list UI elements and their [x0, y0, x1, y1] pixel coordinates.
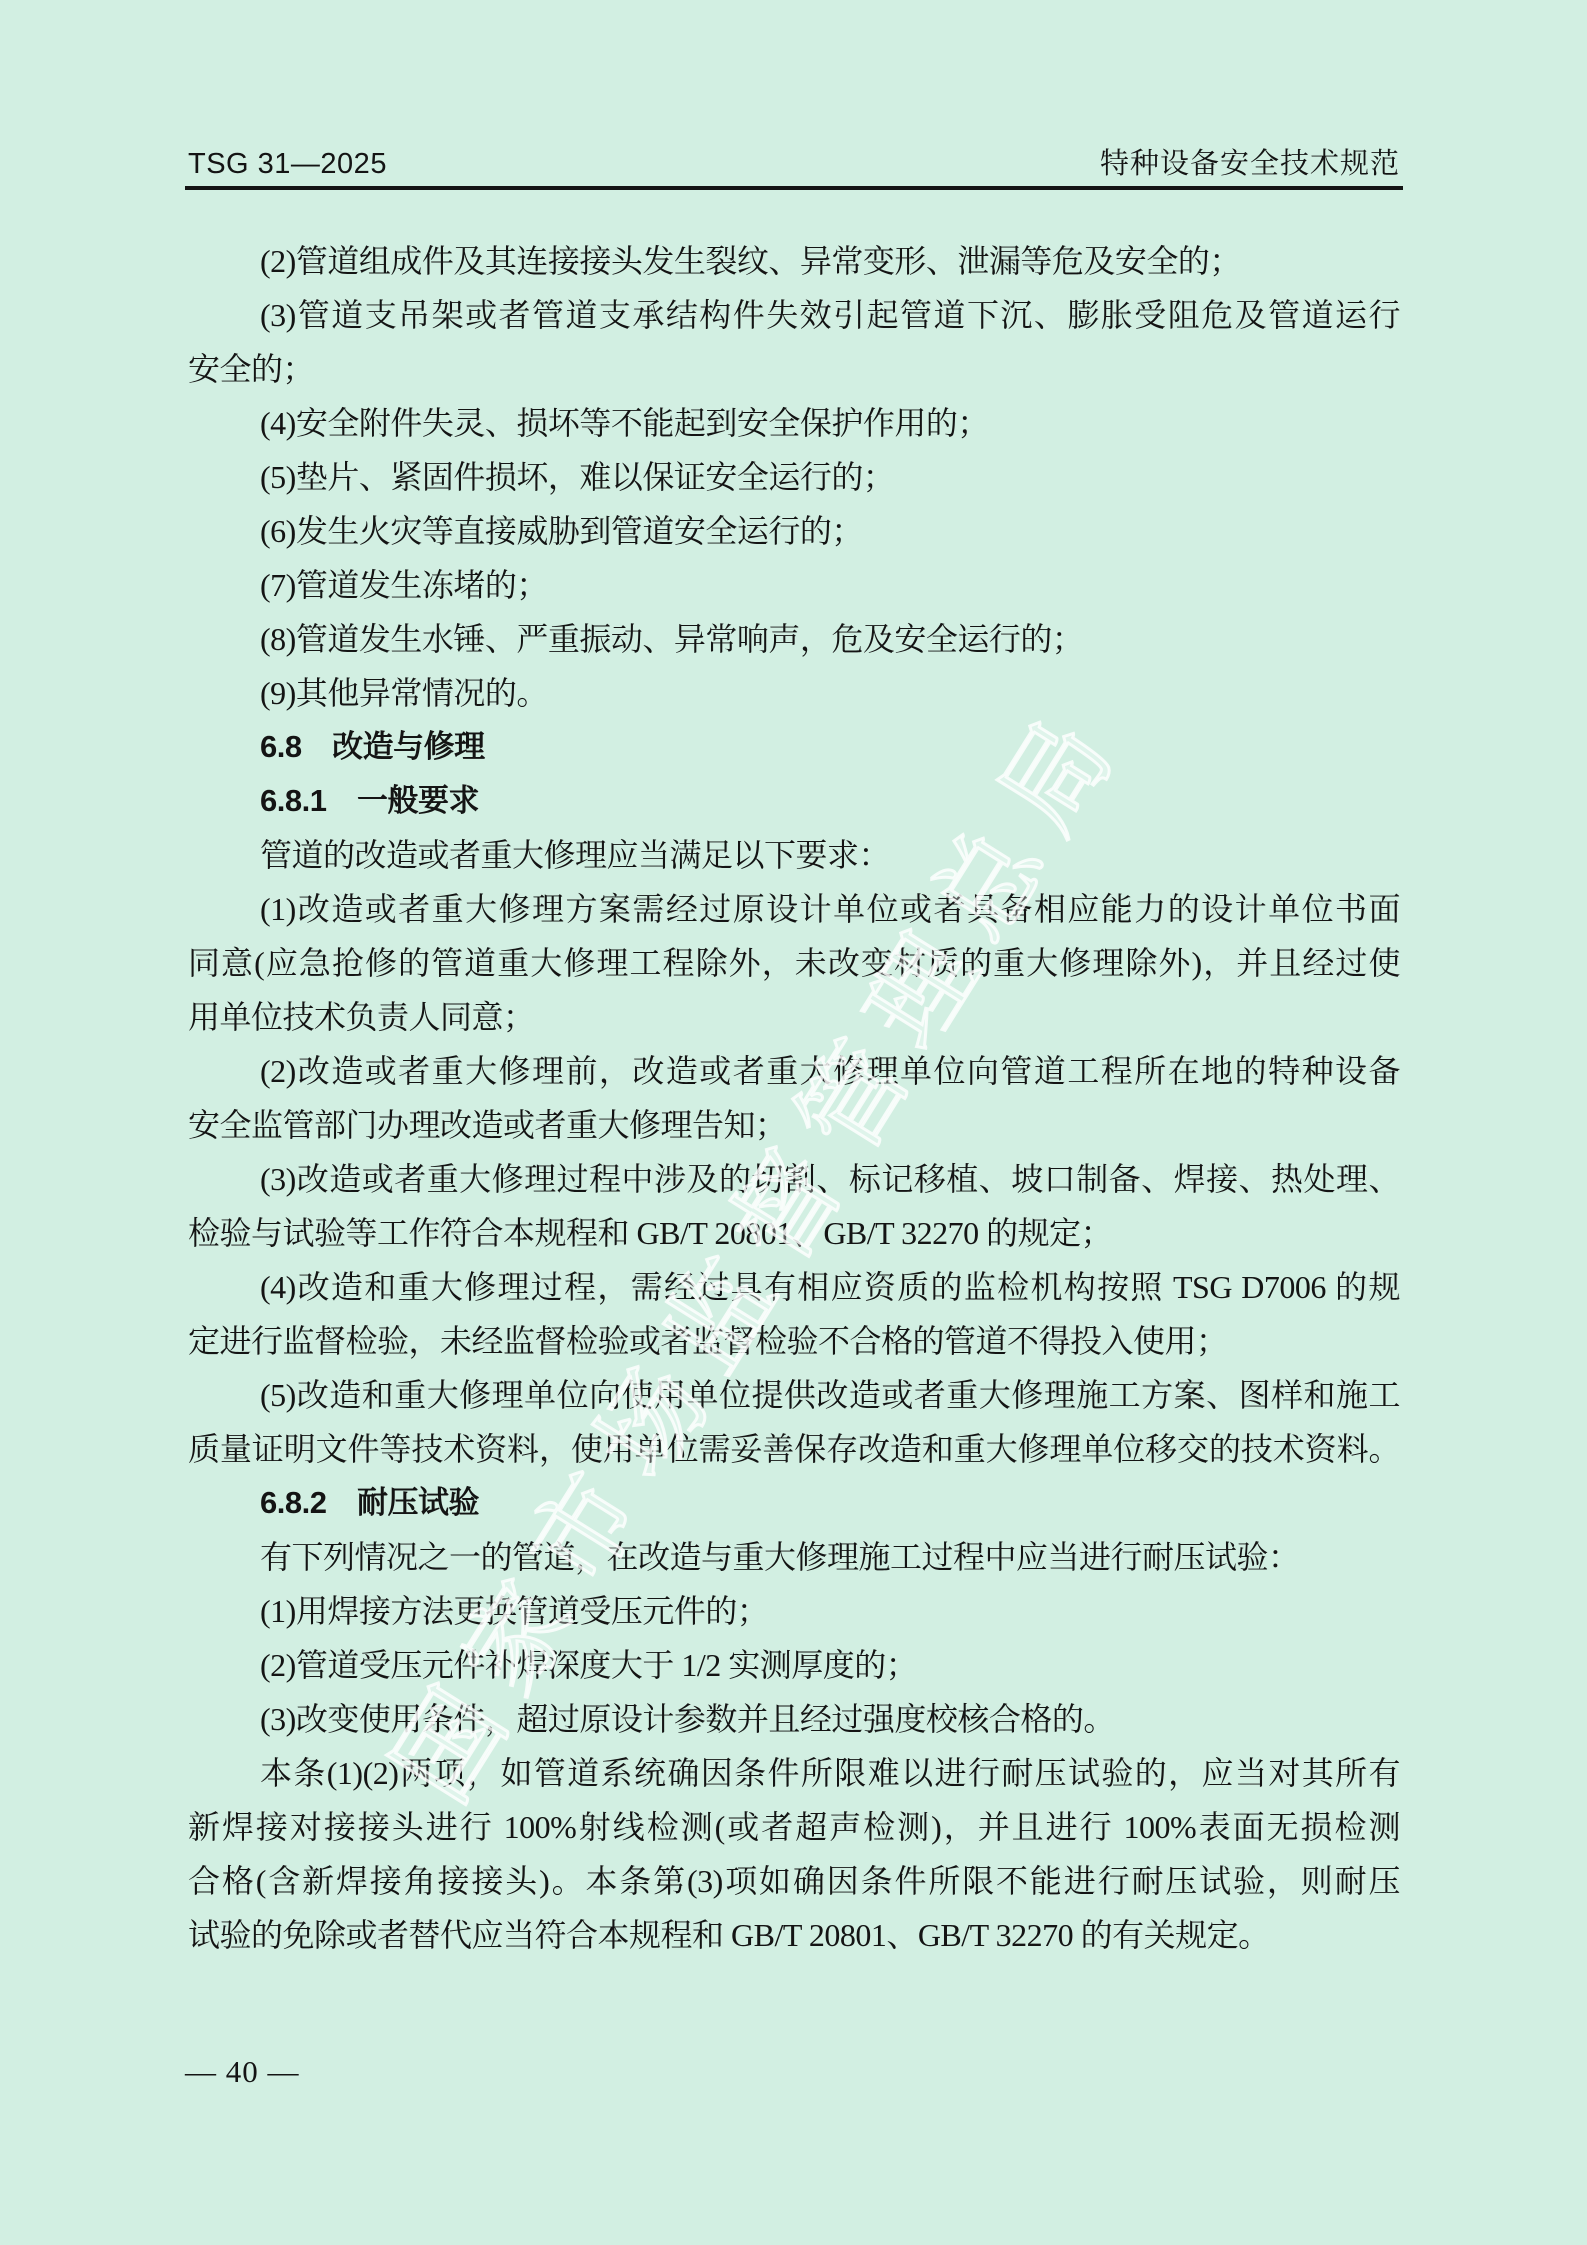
page-number: — 40 —: [185, 2052, 300, 2092]
text-line: (7)管道发生冻堵的；: [188, 558, 1400, 612]
text-line: (4)改造和重大修理过程，需经过具有相应资质的监检机构按照 TSG D7006 …: [188, 1260, 1400, 1314]
section-heading: 6.8.2 耐压试验: [188, 1476, 1400, 1530]
section-heading: 6.8.1 一般要求: [188, 774, 1400, 828]
document-body: (2)管道组成件及其连接接头发生裂纹、异常变形、泄漏等危及安全的；(3)管道支吊…: [0, 0, 1587, 2245]
text-line: 合格(含新焊接角接接头)。本条第(3)项如确因条件所限不能进行耐压试验，则耐压: [188, 1854, 1400, 1908]
text-line: (2)改造或者重大修理前，改造或者重大修理单位向管道工程所在地的特种设备: [188, 1044, 1400, 1098]
text-line: 安全监管部门办理改造或者重大修理告知；: [188, 1098, 1400, 1152]
text-line: (2)管道受压元件补焊深度大于 1/2 实测厚度的；: [188, 1638, 1400, 1692]
text-line: 管道的改造或者重大修理应当满足以下要求：: [188, 828, 1400, 882]
text-line: (3)管道支吊架或者管道支承结构件失效引起管道下沉、膨胀受阻危及管道运行: [188, 288, 1400, 342]
text-line: 新焊接对接接头进行 100%射线检测(或者超声检测)，并且进行 100%表面无损…: [188, 1800, 1400, 1854]
text-line: (1)用焊接方法更换管道受压元件的；: [188, 1584, 1400, 1638]
text-line: (2)管道组成件及其连接接头发生裂纹、异常变形、泄漏等危及安全的；: [188, 234, 1400, 288]
text-line: (3)改变使用条件，超过原设计参数并且经过强度校核合格的。: [188, 1692, 1400, 1746]
text-line: 用单位技术负责人同意；: [188, 990, 1400, 1044]
section-heading: 6.8 改造与修理: [188, 720, 1400, 774]
text-line: 定进行监督检验，未经监督检验或者监督检验不合格的管道不得投入使用；: [188, 1314, 1400, 1368]
text-line: (5)垫片、紧固件损坏，难以保证安全运行的；: [188, 450, 1400, 504]
text-line: (3)改造或者重大修理过程中涉及的切割、标记移植、坡口制备、焊接、热处理、: [188, 1152, 1400, 1206]
text-line: 安全的；: [188, 342, 1400, 396]
text-line: 检验与试验等工作符合本规程和 GB/T 20801、GB/T 32270 的规定…: [188, 1206, 1400, 1260]
text-line: 质量证明文件等技术资料，使用单位需妥善保存改造和重大修理单位移交的技术资料。: [188, 1422, 1400, 1476]
text-line: (6)发生火灾等直接威胁到管道安全运行的；: [188, 504, 1400, 558]
text-line: 有下列情况之一的管道，在改造与重大修理施工过程中应当进行耐压试验：: [188, 1530, 1400, 1584]
text-line: (5)改造和重大修理单位向使用单位提供改造或者重大修理施工方案、图样和施工: [188, 1368, 1400, 1422]
text-line: (4)安全附件失灵、损坏等不能起到安全保护作用的；: [188, 396, 1400, 450]
text-line: (9)其他异常情况的。: [188, 666, 1400, 720]
document-page: 国家市场监督管理总局 TSG 31—2025 特种设备安全技术规范 (2)管道组…: [0, 0, 1587, 2245]
text-line: (8)管道发生水锤、严重振动、异常响声，危及安全运行的；: [188, 612, 1400, 666]
text-line: (1)改造或者重大修理方案需经过原设计单位或者具备相应能力的设计单位书面: [188, 882, 1400, 936]
text-line: 同意(应急抢修的管道重大修理工程除外，未改变材质的重大修理除外)，并且经过使: [188, 936, 1400, 990]
text-line: 本条(1)(2)两项，如管道系统确因条件所限难以进行耐压试验的，应当对其所有: [188, 1746, 1400, 1800]
text-line: 试验的免除或者替代应当符合本规程和 GB/T 20801、GB/T 32270 …: [188, 1908, 1400, 1962]
